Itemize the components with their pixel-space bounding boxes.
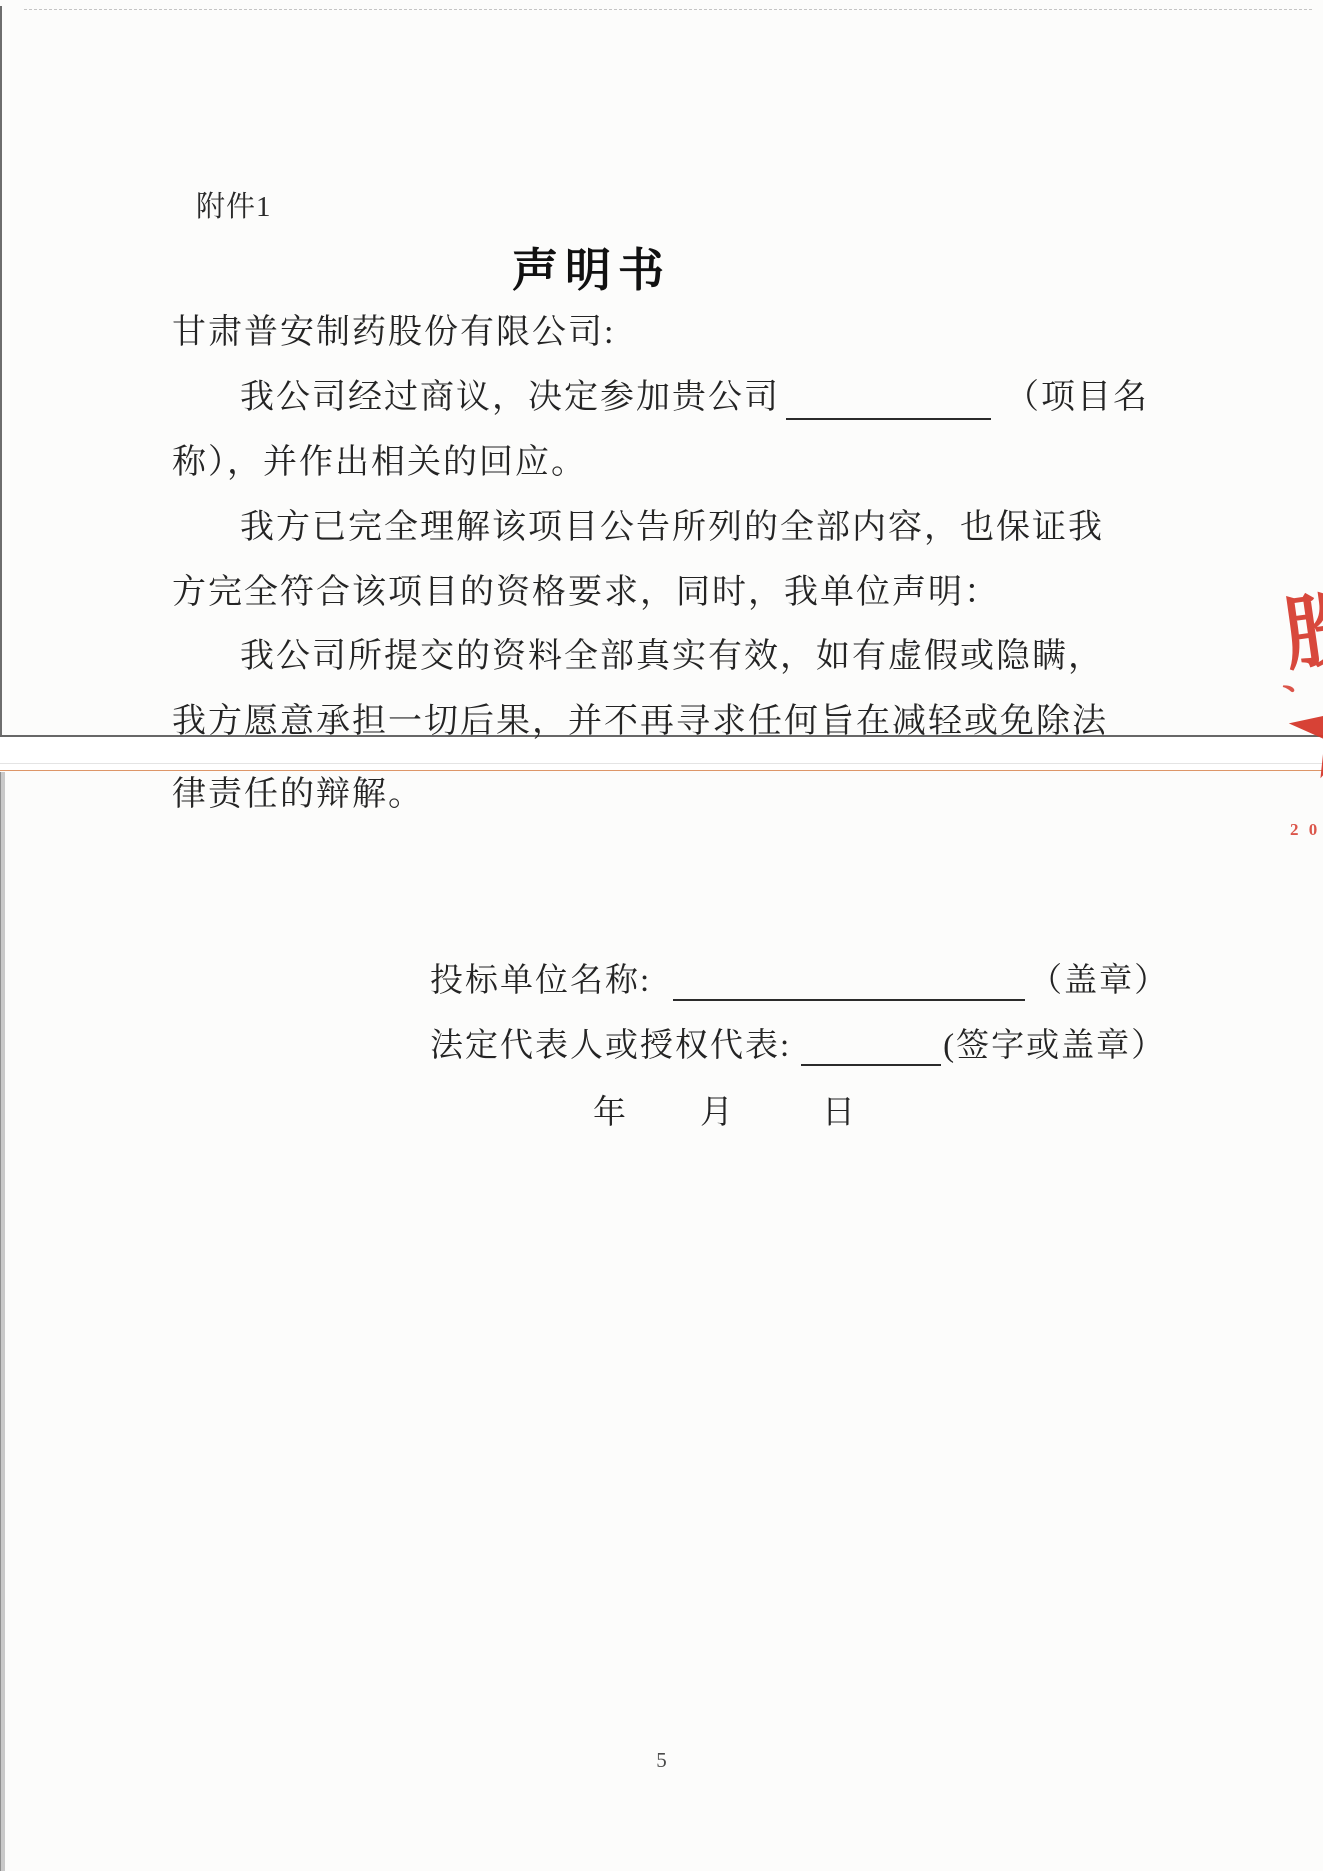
body-line-6: 我公司所提交的资料全部真实有效，如有虚假或隐瞒， (240, 635, 1104, 679)
body-line-3: 称），并作出相关的回应。 (172, 441, 587, 485)
salutation-line: 甘肃普安制药股份有限公司: (172, 311, 615, 355)
attachment-label: 附件1 (196, 184, 272, 225)
sign-or-seal-note: (签字或盖章） (943, 1028, 1166, 1064)
scan-seam-orange-line (0, 770, 1323, 771)
representative-label: 法定代表人或授权代表: (430, 1028, 791, 1064)
company-seal-serial-fragment: 2 0 0 (1290, 820, 1323, 840)
body-line-7: 我方愿意承担一切后果，并不再寻求任何旨在减轻或免除法 (172, 700, 1108, 744)
company-seal-star-icon: ★ (1269, 649, 1323, 805)
bidder-name-label: 投标单位名称: (430, 963, 651, 999)
scan-left-edge-line-upper (0, 6, 2, 735)
date-month-label: 月 (700, 1086, 733, 1133)
date-day-label: 日 (822, 1086, 855, 1133)
scan-seam-faint-line (0, 763, 1323, 764)
scanned-document-page: 附件1 声明书 甘肃普安制药股份有限公司: 我公司经过商议，决定参加贵公司（项目… (0, 0, 1323, 1871)
body-line-5: 方完全符合该项目的资格要求，同时，我单位声明： (172, 571, 1000, 615)
body-line-project-prefix: 我公司经过商议，决定参加贵公司 (240, 379, 780, 416)
scan-left-edge-line-lower (0, 772, 5, 1871)
project-name-blank (786, 380, 991, 420)
body-line-8: 律责任的辩解。 (172, 773, 424, 817)
representative-blank (801, 1026, 941, 1066)
bidder-name-blank (673, 961, 1025, 1001)
body-line-project: 我公司经过商议，决定参加贵公司（项目名 (240, 376, 1149, 420)
date-year-label: 年 (593, 1086, 626, 1133)
representative-line: 法定代表人或授权代表:(签字或盖章） (430, 1019, 1166, 1066)
seal-note: （盖章） (1029, 963, 1169, 999)
body-line-project-suffix: （项目名 (1005, 379, 1149, 416)
document-title: 声明书 (512, 234, 671, 300)
scan-top-edge-line (24, 9, 1312, 10)
page-number: 5 (0, 1748, 1323, 1773)
body-line-4: 我方已完全理解该项目公告所列的全部内容，也保证我 (240, 506, 1104, 550)
bidder-name-line: 投标单位名称:（盖章） (430, 954, 1169, 1001)
